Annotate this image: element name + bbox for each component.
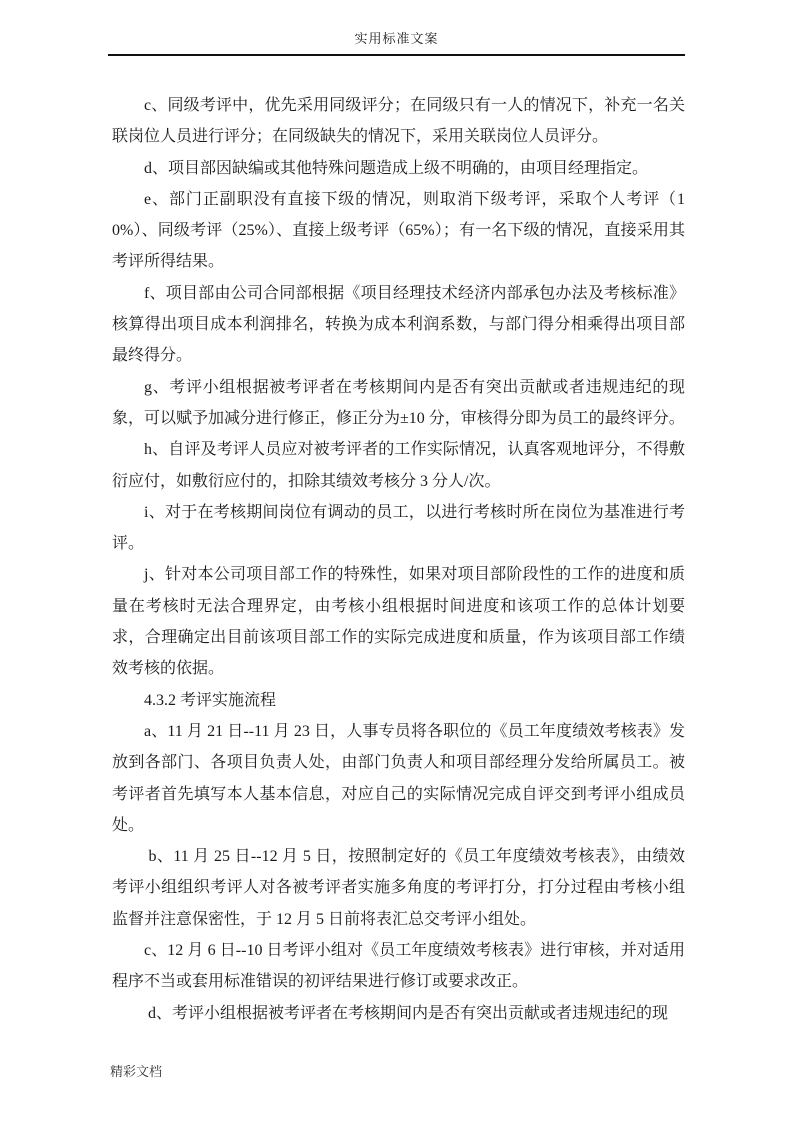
paragraph-b-scoring-period: b、11 月 25 日--12 月 5 日，按照制定好的《员工年度绩效考核表》，… (112, 841, 685, 935)
paragraph-g-score-adjust: g、考评小组根据被考评者在考核期间内是否有突出贡献或者违规违纪的现象，可以赋予加… (112, 372, 685, 435)
paragraph-c2-review-audit: c、12 月 6 日--10 日考评小组对《员工年度绩效考核表》进行审核，并对适… (112, 935, 685, 998)
paragraph-e-dept-deputy: e、部门正副职没有直接下级的情况，则取消下级考评，采取个人考评（10%）、同级考… (112, 184, 685, 278)
page-footer: 精彩文档 (110, 1063, 162, 1080)
paragraph-f-project-cost: f、项目部由公司合同部根据《项目经理技术经济内部承包办法及考核标准》核算得出项目… (112, 278, 685, 372)
paragraph-c-peer-review: c、同级考评中，优先采用同级评分；在同级只有一人的情况下，补充一名关联岗位人员进… (112, 90, 685, 153)
footer-label: 精彩文档 (110, 1064, 162, 1079)
paragraph-i-post-transfer: i、对于在考核期间岗位有调动的员工，以进行考核时所在岗位为基准进行考评。 (112, 497, 685, 560)
header-title: 实用标准文案 (108, 30, 685, 47)
header-divider (108, 54, 685, 56)
page-header: 实用标准文案 (108, 30, 685, 56)
document-page: 实用标准文案 c、同级考评中，优先采用同级评分；在同级只有一人的情况下，补充一名… (0, 0, 793, 1122)
paragraph-j-project-stage: j、针对本公司项目部工作的特殊性，如果对项目部阶段性的工作的进度和质量在考核时无… (112, 559, 685, 684)
section-heading-4-3-2: 4.3.2 考评实施流程 (112, 685, 685, 716)
paragraph-h-objective-scoring: h、自评及考评人员应对被考评者的工作实际情况，认真客观地评分，不得敷衍应付，如敷… (112, 434, 685, 497)
paragraph-d-unclear-superior: d、项目部因缺编或其他特殊问题造成上级不明确的，由项目经理指定。 (112, 153, 685, 184)
paragraph-a-form-distribution: a、11 月 21 日--11 月 23 日，人事专员将各职位的《员工年度绩效考… (112, 716, 685, 841)
paragraph-d2-adjustment: d、考评小组根据被考评者在考核期间内是否有突出贡献或者违规违纪的现 (112, 998, 685, 1029)
document-body: c、同级考评中，优先采用同级评分；在同级只有一人的情况下，补充一名关联岗位人员进… (112, 90, 685, 1029)
